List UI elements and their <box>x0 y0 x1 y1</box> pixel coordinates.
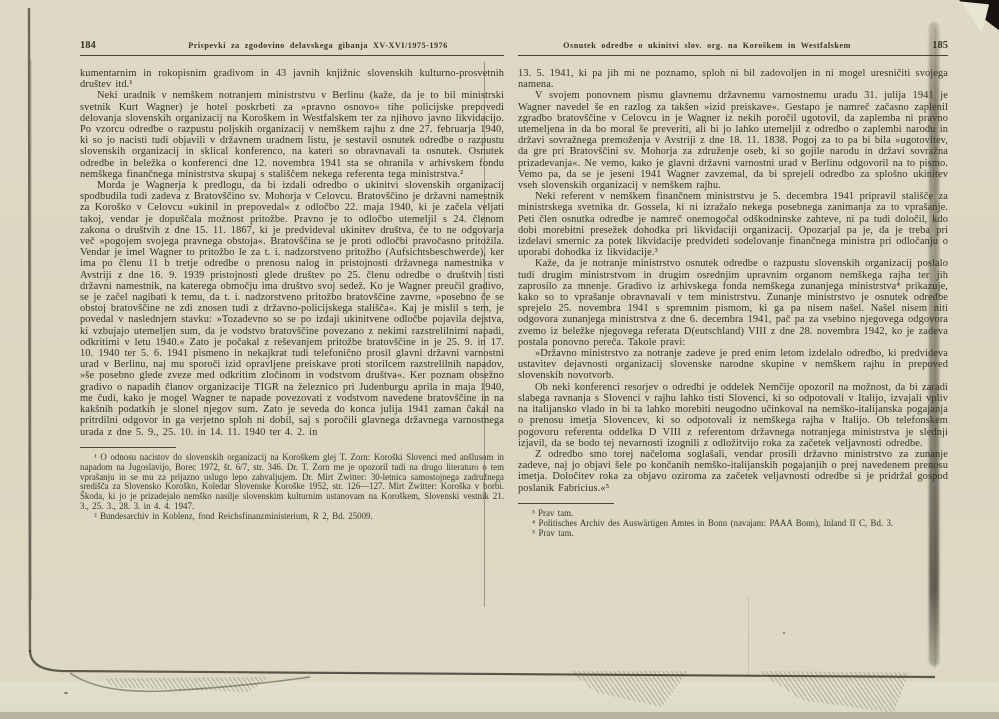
folded-corner-background <box>950 0 999 42</box>
pencil-hatch-mark <box>757 671 909 713</box>
footnote-separator <box>518 503 614 504</box>
pencil-hatch-mark <box>104 677 269 692</box>
paragraph: Kaže, da je notranje ministrstvo osnutek… <box>518 258 948 348</box>
ink-speck <box>64 692 68 694</box>
paragraph: Neki referent v nemškem finančnem minist… <box>518 191 948 258</box>
right-page-number: 185 <box>896 40 948 51</box>
left-page-header: 184 Prispevki za zgodovino delavskega gi… <box>80 40 504 56</box>
footnote: ⁵ Prav tam. <box>518 529 948 539</box>
scanned-book-spread: 184 Prispevki za zgodovino delavskega gi… <box>0 0 999 719</box>
paper-crease <box>748 598 749 676</box>
footnote-separator <box>80 447 176 448</box>
paragraph: V svojem ponovnem pismu glavnemu državne… <box>518 90 948 191</box>
paragraph: 13. 5. 1941, ki pa jih mi ne poznamo, sp… <box>518 68 948 90</box>
paragraph: Ob neki konferenci resorjev o odredbi je… <box>518 382 948 449</box>
footnote: ⁴ Politisches Archiv des Auswärtigen Amt… <box>518 519 948 529</box>
folded-corner-paper <box>956 0 992 36</box>
right-page-header: Osnutek odredbe o ukinitvi slov. org. na… <box>518 40 948 56</box>
right-running-title: Osnutek odredbe o ukinitvi slov. org. na… <box>518 41 896 50</box>
ink-speck <box>783 632 785 634</box>
left-page-number: 184 <box>80 40 132 51</box>
footnote: ² Bundesarchiv in Koblenz, fond Reichsfi… <box>80 512 504 522</box>
paragraph: Morda je Wagnerja k predlogu, da bi izda… <box>80 180 504 438</box>
scanner-edge-strip <box>0 712 999 719</box>
scanner-bed-light-band <box>0 681 999 712</box>
left-running-title: Prispevki za zgodovino delavskega gibanj… <box>132 41 504 50</box>
paragraph: kumentarnim in rokopisnim gradivom in 43… <box>80 68 504 90</box>
footnote: ¹ O odnosu nacistov do slovenskih organi… <box>80 453 504 512</box>
right-page: Osnutek odredbe o ukinitvi slov. org. na… <box>518 40 948 538</box>
left-page: 184 Prispevki za zgodovino delavskega gi… <box>80 40 504 522</box>
pencil-hatch-mark <box>570 671 688 707</box>
paragraph: Neki uradnik v nemškem notranjem ministr… <box>80 90 504 180</box>
paragraph: Z odredbo smo torej načeloma soglašali, … <box>518 449 948 494</box>
paragraph: »Državno ministrstvo za notranje zadeve … <box>518 348 948 382</box>
